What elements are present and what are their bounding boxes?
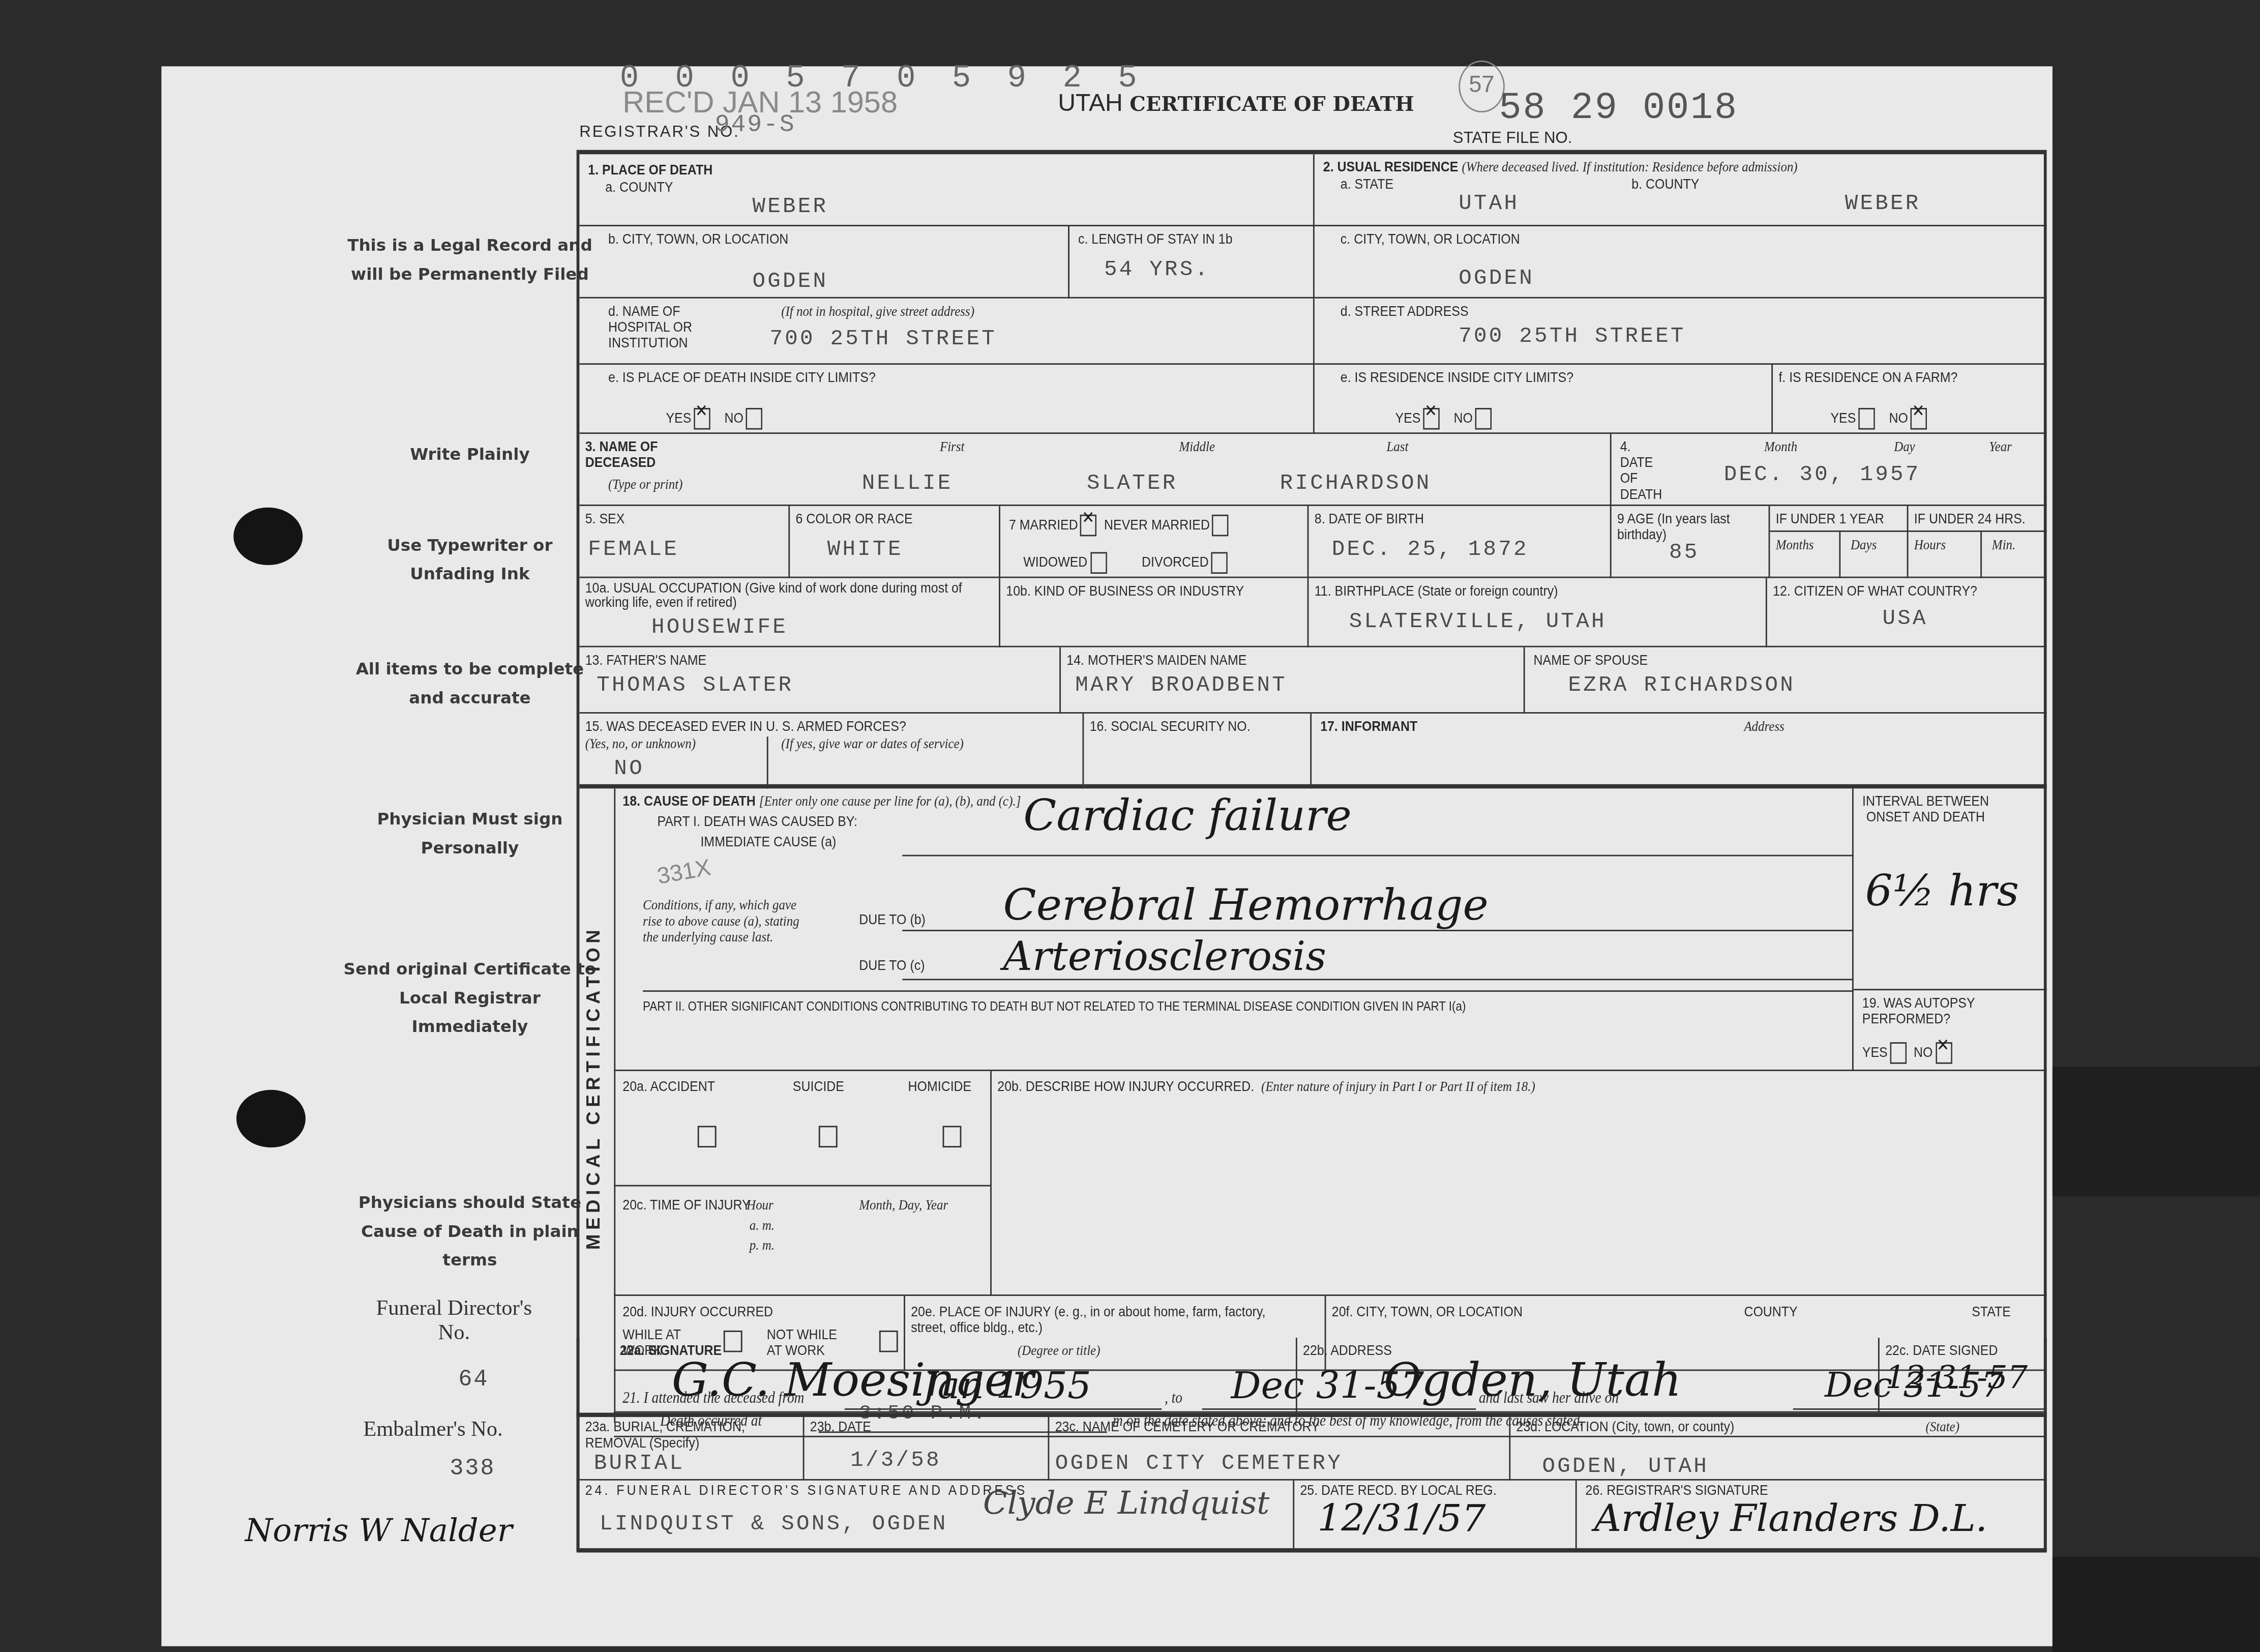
checkbox-no-checked[interactable] <box>1911 408 1927 430</box>
punch-hole-icon <box>233 508 303 565</box>
background-band <box>2053 1557 2260 1652</box>
label: 23d. LOCATION (City, town, or county) <box>1516 1420 1735 1436</box>
registrar-signature-input[interactable]: Ardley Flanders D.L. <box>1594 1498 1987 1541</box>
label: NAME OF SPOUSE <box>1534 653 1648 669</box>
label: YES <box>1395 411 1421 427</box>
hospital-input[interactable]: 700 25TH STREET <box>769 327 996 351</box>
label: 20e. PLACE OF INJURY (e. g., in or about… <box>911 1305 1278 1336</box>
checkbox-widowed[interactable] <box>1090 552 1106 574</box>
residence-state-input[interactable]: UTAH <box>1459 192 1519 216</box>
field-funeral-director: 24. FUNERAL DIRECTOR'S SIGNATURE AND ADD… <box>579 1481 1294 1550</box>
label: a. COUNTY <box>605 180 673 196</box>
state-file-no-label: STATE FILE NO. <box>1453 130 1572 147</box>
field-disposition-date: 23b. DATE 1/3/58 <box>804 1417 1049 1481</box>
immediate-cause-input[interactable]: Cardiac failure <box>1023 791 1352 842</box>
field-cause-of-death: 18. CAUSE OF DEATH [Enter only one cause… <box>614 788 1853 990</box>
label: Last <box>1387 439 1409 455</box>
checkbox-yes-checked[interactable] <box>694 408 710 430</box>
label: 20a. ACCIDENT <box>622 1080 715 1096</box>
label: PART I. DEATH WAS CAUSED BY: <box>657 814 857 830</box>
label: Months <box>1776 538 1814 553</box>
funeral-director-input[interactable]: LINDQUIST & SONS, OGDEN <box>600 1512 948 1537</box>
field-residence-city: c. CITY, TOWN, OR LOCATION OGDEN <box>1315 226 2047 299</box>
field-race: 6 COLOR OR RACE WHITE <box>790 506 1000 578</box>
hint: (Where deceased lived. If institution: R… <box>1462 160 1797 176</box>
punch-hole-icon <box>236 1090 306 1147</box>
margin-note: This is a Legal Record and will be Perma… <box>343 230 597 288</box>
label: e. IS RESIDENCE INSIDE CITY LIMITS? <box>1341 370 1573 386</box>
field-under-1-year: IF UNDER 1 YEAR Months Days <box>1770 506 1908 578</box>
margin-note: Send original Certificate to Local Regis… <box>343 954 597 1041</box>
field-hospital: d. NAME OF HOSPITAL OR INSTITUTION (If n… <box>579 299 1314 365</box>
residence-street-input[interactable]: 700 25TH STREET <box>1459 324 1685 349</box>
checkbox-no[interactable] <box>1475 408 1492 430</box>
hint: (If not in hospital, give street address… <box>781 304 974 320</box>
margin-note: Write Plainly <box>343 439 597 468</box>
field-part-two: PART II. OTHER SIGNIFICANT CONDITIONS CO… <box>614 990 1853 1071</box>
label: 20d. INJURY OCCURRED <box>622 1305 773 1320</box>
label: f. IS RESIDENCE ON A FARM? <box>1778 370 1957 386</box>
label: d. STREET ADDRESS <box>1341 304 1469 320</box>
margin-note: Physician Must sign Personally <box>343 804 597 862</box>
label: p. m. <box>750 1238 775 1254</box>
label: YES <box>1830 411 1856 427</box>
label: MARRIED <box>1020 518 1078 534</box>
field-sex: 5. SEX FEMALE <box>579 506 790 578</box>
field-length-of-stay: c. LENGTH OF STAY IN 1b 54 YRS. <box>1069 226 1315 299</box>
checkbox-no-checked[interactable] <box>1935 1042 1951 1064</box>
label: 4. DATE OF DEATH <box>1620 439 1663 503</box>
field-physician-signature: 22a. SIGNATURE (Degree or title) G.C. Mo… <box>614 1338 1297 1412</box>
label: Min. <box>1992 538 2015 553</box>
label: b. COUNTY <box>1631 178 1699 193</box>
funeral-director-no: 64 <box>458 1367 489 1393</box>
label: IMMEDIATE CAUSE (a) <box>700 835 836 850</box>
field-autopsy: 19. WAS AUTOPSY PERFORMED? YES NO <box>1854 990 2047 1071</box>
spouse-name-input[interactable]: EZRA RICHARDSON <box>1568 673 1795 698</box>
field-age: 9 AGE (In years last birthday) 85 <box>1612 506 1770 578</box>
first-name-input[interactable]: NELLIE <box>862 471 953 496</box>
label: Hours <box>1914 538 1946 553</box>
interval-input[interactable]: 6½ hrs <box>1865 866 2019 917</box>
disposition-date-input[interactable]: 1/3/58 <box>850 1449 941 1473</box>
field-occupation: 10a. USUAL OCCUPATION (Give kind of work… <box>579 578 1000 647</box>
checkbox-yes-checked[interactable] <box>1423 408 1439 430</box>
label: a. STATE <box>1341 178 1393 193</box>
checkbox-homicide[interactable] <box>943 1126 962 1148</box>
funeral-director-signature: Clyde E Lindquist <box>983 1486 1269 1522</box>
field-place-city: b. CITY, TOWN, OR LOCATION OGDEN <box>579 226 1069 299</box>
field-under-24-hours: IF UNDER 24 HRS. Hours Min. <box>1908 506 2046 578</box>
checkbox-married-checked[interactable] <box>1081 515 1097 537</box>
label: Day <box>1894 439 1915 455</box>
checkbox-never-married[interactable] <box>1212 515 1229 537</box>
embalmer-no-label: Embalmer's No. <box>363 1419 503 1443</box>
field-disposition: 23a. BURIAL, CREMATION, REMOVAL (Specify… <box>579 1417 804 1481</box>
checkbox-yes[interactable] <box>1858 408 1875 430</box>
label: YES <box>1862 1045 1888 1061</box>
funeral-director-no-label: Funeral Director's No. <box>361 1297 548 1346</box>
field-time-of-injury: 20c. TIME OF INJURY Hour Month, Day, Yea… <box>614 1187 992 1296</box>
field-date-of-death: 4. DATE OF DEATH Month Day Year DEC. 30,… <box>1612 434 2047 506</box>
label: 18. CAUSE OF DEATH <box>622 794 755 810</box>
armed-forces-input[interactable]: NO <box>614 757 644 781</box>
label: 10a. USUAL OCCUPATION (Give kind of work… <box>585 582 991 611</box>
field-manner: 20a. ACCIDENT SUICIDE HOMICIDE <box>614 1071 992 1187</box>
field-father: 13. FATHER'S NAME THOMAS SLATER <box>579 647 1061 714</box>
checkbox-suicide[interactable] <box>819 1126 838 1148</box>
disposition-input[interactable]: BURIAL <box>594 1452 685 1476</box>
date-signed-input[interactable]: 12-31-57 <box>1885 1361 2028 1397</box>
middle-name-input[interactable]: SLATER <box>1087 471 1178 496</box>
label: 14. MOTHER'S MAIDEN NAME <box>1066 653 1246 669</box>
label: c. CITY, TOWN, OR LOCATION <box>1341 232 1520 248</box>
field-place-county: 1. PLACE OF DEATH a. COUNTY WEBER <box>579 154 1314 226</box>
label: 3. NAME OF DECEASED <box>585 439 674 471</box>
label: 20f. CITY, TOWN, OR LOCATION <box>1332 1305 1523 1320</box>
field-interval: INTERVAL BETWEEN ONSET AND DEATH 6½ hrs <box>1854 788 2047 990</box>
label: Days <box>1851 538 1877 553</box>
label: 15. WAS DECEASED EVER IN U. S. ARMED FOR… <box>585 719 906 735</box>
field-birthplace: 11. BIRTHPLACE (State or foreign country… <box>1309 578 1767 647</box>
label: 13. FATHER'S NAME <box>585 653 707 669</box>
residence-city-input[interactable]: OGDEN <box>1459 267 1534 291</box>
medical-side-panel: MEDICAL CERTIFICATION <box>579 788 615 1423</box>
label: Middle <box>1179 439 1215 455</box>
embalmer-no: 338 <box>450 1456 495 1482</box>
age-input[interactable]: 85 <box>1669 541 1700 565</box>
label: First <box>940 439 965 455</box>
checkbox-yes[interactable] <box>1890 1042 1907 1064</box>
margin-note: Use Typewriter or Unfading Ink <box>343 530 597 588</box>
embalmer-signature: Norris W Nalder <box>245 1514 513 1550</box>
last-name-input[interactable]: RICHARDSON <box>1280 471 1432 496</box>
mother-name-input[interactable]: MARY BROADBENT <box>1075 673 1287 698</box>
label: IF UNDER 24 HRS. <box>1914 512 2026 527</box>
title-text: CERTIFICATE OF DEATH <box>1129 94 1414 116</box>
field-injury-description: 20b. DESCRIBE HOW INJURY OCCURRED. (Ente… <box>992 1071 2047 1296</box>
label: SUICIDE <box>793 1080 844 1096</box>
occupation-input[interactable]: HOUSEWIFE <box>651 615 788 640</box>
hint: Conditions, if any, which gave rise to a… <box>643 898 808 946</box>
sex-input[interactable]: FEMALE <box>588 538 679 562</box>
label: 23c. NAME OF CEMETERY OR CREMATORY <box>1055 1420 1320 1436</box>
birthplace-input[interactable]: SLATERVILLE, UTAH <box>1349 610 1607 634</box>
margin-note: All items to be complete and accurate <box>343 655 597 712</box>
label: a. m. <box>750 1218 775 1234</box>
label: 20b. DESCRIBE HOW INJURY OCCURRED. <box>997 1080 1254 1096</box>
label: DIVORCED <box>1142 555 1209 571</box>
label: 11. BIRTHPLACE (State or foreign country… <box>1315 584 1558 600</box>
checkbox-no[interactable] <box>746 408 762 430</box>
label: 23a. BURIAL, CREMATION, REMOVAL (Specify… <box>585 1420 776 1452</box>
label: Address <box>1744 719 1784 735</box>
label: 23b. DATE <box>810 1420 871 1436</box>
label: 2. USUAL RESIDENCE <box>1323 160 1459 176</box>
circled-note: 57 <box>1459 61 1505 112</box>
margin-note: Physicians should State Cause of Death i… <box>354 1188 585 1274</box>
physician-signature-input[interactable]: G.C. Moesinger <box>672 1352 1034 1407</box>
page-title: UTAH CERTIFICATE OF DEATH <box>1058 90 1414 119</box>
label: COUNTY <box>1744 1305 1797 1320</box>
label: 8. DATE OF BIRTH <box>1315 512 1424 527</box>
label: 10b. KIND OF BUSINESS OR INDUSTRY <box>1006 584 1244 600</box>
field-date-signed: 22c. DATE SIGNED 12-31-57 <box>1880 1338 2044 1412</box>
label: DUE TO (c) <box>859 959 925 975</box>
physician-address-input[interactable]: Ogden, Utah <box>1384 1352 1682 1407</box>
citizenship-input[interactable]: USA <box>1882 607 1927 631</box>
field-cemetery-location: 23d. LOCATION (City, town, or county) (S… <box>1510 1417 2046 1481</box>
due-to-c-input[interactable]: Arteriosclerosis <box>1003 933 1326 981</box>
label: 25. DATE RECD. BY LOCAL REG. <box>1300 1483 1496 1499</box>
field-ssn: 16. SOCIAL SECURITY NO. <box>1084 714 1312 788</box>
field-place-inside-city: e. IS PLACE OF DEATH INSIDE CITY LIMITS?… <box>579 365 1314 434</box>
date-of-birth-input[interactable]: DEC. 25, 1872 <box>1332 538 1529 562</box>
label: b. CITY, TOWN, OR LOCATION <box>608 232 788 248</box>
field-mother: 14. MOTHER'S MAIDEN NAME MARY BROADBENT <box>1061 647 1525 714</box>
label: c. LENGTH OF STAY IN 1b <box>1078 232 1233 248</box>
label: 24. FUNERAL DIRECTOR'S SIGNATURE AND ADD… <box>585 1483 1028 1499</box>
label: NEVER MARRIED <box>1104 518 1210 534</box>
label: 9 AGE (In years last birthday) <box>1617 512 1744 543</box>
place-county-input[interactable]: WEBER <box>752 195 828 219</box>
label: 5. SEX <box>585 512 625 527</box>
label: NO <box>1889 411 1908 427</box>
field-residence-street: d. STREET ADDRESS 700 25TH STREET <box>1315 299 2047 365</box>
field-industry: 10b. KIND OF BUSINESS OR INDUSTRY <box>1000 578 1309 647</box>
label: 26. REGISTRAR'S SIGNATURE <box>1586 1483 1768 1499</box>
label: PART II. OTHER SIGNIFICANT CONDITIONS CO… <box>643 999 1466 1015</box>
race-input[interactable]: WHITE <box>827 538 903 562</box>
checkbox-divorced[interactable] <box>1211 552 1228 574</box>
label: e. IS PLACE OF DEATH INSIDE CITY LIMITS? <box>608 370 876 386</box>
title-state: UTAH <box>1058 90 1123 117</box>
checkbox-accident[interactable] <box>698 1126 717 1148</box>
label: 6 COLOR OR RACE <box>795 512 912 527</box>
state-file-no: 58 29 0018 <box>1499 86 1739 130</box>
label: IF UNDER 1 YEAR <box>1776 512 1884 527</box>
field-citizenship: 12. CITIZEN OF WHAT COUNTRY? USA <box>1767 578 2047 647</box>
label: 19. WAS AUTOPSY PERFORMED? <box>1862 996 1989 1027</box>
length-of-stay-input[interactable]: 54 YRS. <box>1104 258 1210 282</box>
hint: (Yes, no, or unknown) <box>585 736 696 752</box>
label: 16. SOCIAL SECURITY NO. <box>1090 719 1251 735</box>
label: 17. INFORMANT <box>1320 719 1417 735</box>
label: Month, Day, Year <box>859 1198 948 1214</box>
label: HOMICIDE <box>908 1080 972 1096</box>
label: NO <box>724 411 743 427</box>
label: STATE <box>1972 1305 2011 1320</box>
background-band <box>2053 1067 2260 1196</box>
field-physician-address: 22b. ADDRESS Ogden, Utah <box>1297 1338 1880 1412</box>
classification-code: 331X <box>656 856 713 891</box>
label: Year <box>1989 439 2012 455</box>
place-city-input[interactable]: OGDEN <box>752 270 828 294</box>
field-spouse: NAME OF SPOUSE EZRA RICHARDSON <box>1525 647 2047 714</box>
field-deceased-name: 3. NAME OF DECEASED (Type or print) Firs… <box>579 434 1611 506</box>
label: 1. PLACE OF DEATH <box>588 163 712 179</box>
field-residence-farm: f. IS RESIDENCE ON A FARM? YES NO <box>1773 365 2046 434</box>
field-residence-state-county: 2. USUAL RESIDENCE (Where deceased lived… <box>1315 154 2047 226</box>
label: 22b. ADDRESS <box>1303 1343 1392 1359</box>
label: 12. CITIZEN OF WHAT COUNTRY? <box>1773 584 1977 600</box>
medical-certification-label: MEDICAL CERTIFICATION <box>582 926 604 1250</box>
residence-county-input[interactable]: WEBER <box>1845 192 1921 216</box>
field-date-of-birth: 8. DATE OF BIRTH DEC. 25, 1872 <box>1309 506 1611 578</box>
field-date-received: 25. DATE RECD. BY LOCAL REG. 12/31/57 <box>1294 1481 1577 1550</box>
label: 20c. TIME OF INJURY <box>622 1198 750 1214</box>
date-of-death-input[interactable]: DEC. 30, 1957 <box>1724 463 1921 487</box>
label: INTERVAL BETWEEN ONSET AND DEATH <box>1862 794 1989 826</box>
label: d. NAME OF HOSPITAL OR INSTITUTION <box>608 304 697 352</box>
label: Month <box>1764 439 1797 455</box>
field-residence-inside-city: e. IS RESIDENCE INSIDE CITY LIMITS? YES … <box>1315 365 1773 434</box>
hint: (Type or print) <box>608 477 682 493</box>
hint: (Enter nature of injury in Part I or Par… <box>1261 1080 1535 1096</box>
label: Hour <box>747 1198 774 1214</box>
due-to-b-input[interactable]: Cerebral Hemorrhage <box>1003 881 1489 931</box>
field-cemetery: 23c. NAME OF CEMETERY OR CREMATORY OGDEN… <box>1049 1417 1510 1481</box>
label: 22c. DATE SIGNED <box>1885 1343 1998 1359</box>
cemetery-input[interactable]: OGDEN CITY CEMETERY <box>1055 1452 1343 1476</box>
field-informant: 17. INFORMANT Address <box>1312 714 2046 788</box>
field-marital-status: 7 MARRIED NEVER MARRIED WIDOWED DIVORCED <box>1000 506 1309 578</box>
label: YES <box>666 411 691 427</box>
label: NO <box>1454 411 1473 427</box>
registrars-no-value: 949-S <box>715 112 796 140</box>
father-name-input[interactable]: THOMAS SLATER <box>597 673 793 698</box>
hint: [Enter only one cause per line for (a), … <box>759 794 1021 810</box>
field-registrar-signature: 26. REGISTRAR'S SIGNATURE Ardley Flander… <box>1577 1481 2047 1550</box>
cemetery-location-input[interactable]: OGDEN, UTAH <box>1542 1455 1709 1479</box>
field-armed-forces: 15. WAS DECEASED EVER IN U. S. ARMED FOR… <box>579 714 1084 788</box>
label: DUE TO (b) <box>859 912 926 928</box>
scan-viewport: 0 0 0 5 7 0 5 9 2 5 REC'D JAN 13 1958 RE… <box>0 0 2260 1652</box>
label: WIDOWED <box>1023 555 1087 571</box>
date-received-input[interactable]: 12/31/57 <box>1317 1498 1485 1541</box>
hint: (If yes, give war or dates of service) <box>781 736 964 752</box>
label: (State) <box>1925 1420 1959 1436</box>
label: NO <box>1914 1045 1932 1061</box>
